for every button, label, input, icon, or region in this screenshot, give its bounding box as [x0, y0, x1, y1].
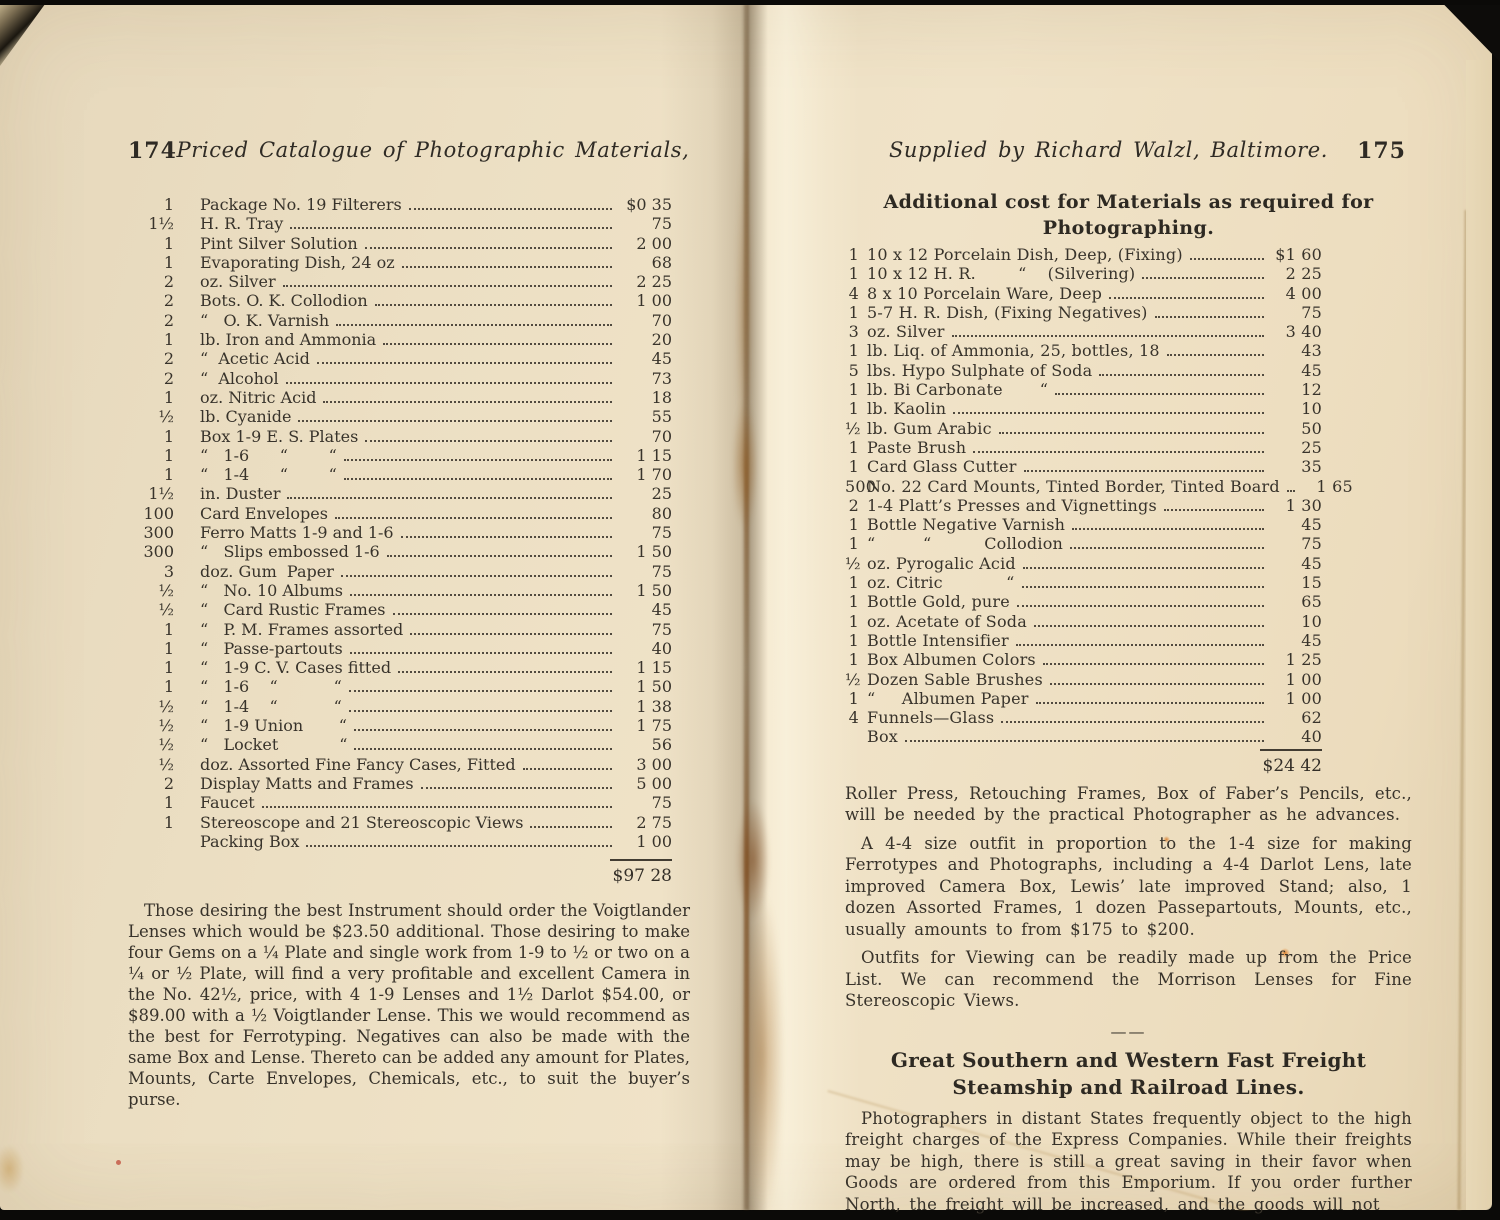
dot-leader: [349, 710, 612, 712]
item-quantity: 1: [845, 534, 859, 553]
item-quantity: 1: [845, 380, 859, 399]
total-rule: [610, 859, 672, 861]
dot-leader: [952, 335, 1264, 337]
item-quantity: 1: [128, 446, 174, 465]
item-name: 5-7 H. R. Dish, (Fixing Negatives): [867, 303, 1148, 322]
item-quantity: 1: [845, 399, 859, 418]
item-name: H. R. Tray: [200, 214, 283, 233]
catalog-row: ½oz. Pyrogalic Acid45: [845, 554, 1322, 573]
dot-leader: [393, 613, 613, 615]
catalog-row: 2“ Alcohol73: [128, 369, 672, 388]
item-quantity: 1: [845, 689, 859, 708]
item-quantity: 2: [128, 349, 174, 368]
catalog-row: ½“ No. 10 Albums1 50: [128, 581, 672, 600]
left-page: 174 Priced Catalogue of Photographic Mat…: [128, 138, 690, 1110]
catalog-row: 15-7 H. R. Dish, (Fixing Negatives)75: [845, 303, 1322, 322]
item-name: “ “ Collodion: [867, 534, 1063, 553]
dot-leader: [350, 652, 612, 654]
dot-leader: [953, 412, 1264, 414]
right-items: 110 x 12 Porcelain Dish, Deep, (Fixing)$…: [845, 245, 1322, 747]
item-price: 43: [1272, 341, 1322, 360]
item-name: “ Acetic Acid: [200, 349, 310, 368]
catalog-row: 1oz. Citric “15: [845, 573, 1322, 592]
item-quantity: 1: [845, 612, 859, 631]
item-name: No. 22 Card Mounts, Tinted Border, Tinte…: [867, 477, 1280, 496]
item-price: 1 00: [1272, 670, 1322, 689]
item-name: 1-4 Platt’s Presses and Vignettings: [867, 496, 1157, 515]
item-price: 65: [1272, 592, 1322, 611]
item-price: 45: [1272, 631, 1322, 650]
item-price: 2 00: [620, 234, 672, 253]
item-name: “ 1-6 “ “: [200, 446, 337, 465]
section-title: Additional cost for Materials as require…: [864, 189, 1394, 241]
dot-leader: [402, 266, 612, 268]
page-edge: [1466, 60, 1492, 1210]
dot-leader: [1155, 316, 1264, 318]
item-name: “ No. 10 Albums: [200, 581, 343, 600]
catalog-row: 2oz. Silver2 25: [128, 272, 672, 291]
item-quantity: 1: [845, 573, 859, 592]
item-quantity: 1: [845, 245, 859, 264]
item-price: 75: [620, 620, 672, 639]
dot-leader: [410, 633, 612, 635]
catalog-row: 1oz. Acetate of Soda10: [845, 612, 1322, 631]
item-name: 8 x 10 Porcelain Ware, Deep: [867, 284, 1102, 303]
item-quantity: 1: [128, 465, 174, 484]
dot-leader: [365, 440, 612, 442]
item-name: Funnels—Glass: [867, 708, 994, 727]
item-price: 15: [1272, 573, 1322, 592]
item-name: “ Alcohol: [200, 369, 279, 388]
item-name: “ Slips embossed 1-6: [200, 542, 380, 561]
item-quantity: 1: [845, 515, 859, 534]
item-quantity: 1: [128, 253, 174, 272]
item-price: 20: [620, 330, 672, 349]
item-quantity: 3: [845, 322, 859, 341]
item-name: Evaporating Dish, 24 oz: [200, 253, 395, 272]
item-quantity: 300: [128, 523, 174, 542]
catalog-row: 1lb. Iron and Ammonia20: [128, 330, 672, 349]
dot-leader: [905, 740, 1264, 742]
dot-leader: [262, 806, 612, 808]
item-quantity: 1: [128, 658, 174, 677]
dot-leader: [1099, 374, 1264, 376]
dot-leader: [317, 362, 612, 364]
item-quantity: 1: [128, 793, 174, 812]
item-name: Packing Box: [200, 832, 299, 851]
dot-leader: [1023, 567, 1264, 569]
catalog-row: 1Evaporating Dish, 24 oz68: [128, 253, 672, 272]
item-quantity: 2: [128, 272, 174, 291]
item-quantity: 1: [845, 341, 859, 360]
dot-leader: [1001, 721, 1264, 723]
item-quantity: ½: [128, 407, 174, 426]
item-price: 5 00: [620, 774, 672, 793]
item-name: “ 1-6 “ “: [200, 677, 342, 696]
item-quantity: 2: [128, 311, 174, 330]
catalog-row: 1½in. Duster25: [128, 484, 672, 503]
scan-border: [0, 0, 1500, 5]
catalog-row: ½“ Card Rustic Frames45: [128, 600, 672, 619]
item-name: oz. Silver: [200, 272, 276, 291]
item-quantity: 1: [128, 234, 174, 253]
dot-leader: [350, 594, 612, 596]
item-quantity: 300: [128, 542, 174, 561]
dot-leader: [344, 478, 612, 480]
running-head-right: Supplied by Richard Walzl, Baltimore. 17…: [845, 138, 1412, 168]
catalog-row: 2Bots. O. K. Collodion1 00: [128, 291, 672, 310]
item-quantity: 1: [128, 639, 174, 658]
item-price: 35: [1272, 457, 1322, 476]
item-name: Stereoscope and 21 Stereoscopic Views: [200, 813, 523, 832]
left-total-block: $97 28: [128, 859, 672, 886]
item-price: 75: [1272, 303, 1322, 322]
right-paragraph-3: Outfits for Viewing can be readily made …: [845, 947, 1412, 1012]
item-name: Box 1-9 E. S. Plates: [200, 427, 358, 446]
dot-leader: [354, 748, 612, 750]
item-quantity: 2: [128, 291, 174, 310]
dot-leader: [1070, 547, 1264, 549]
catalog-row: 300“ Slips embossed 1-61 50: [128, 542, 672, 561]
catalog-row: 1“ Passe-partouts40: [128, 639, 672, 658]
item-price: 10: [1272, 612, 1322, 631]
item-price: 68: [620, 253, 672, 272]
item-price: 62: [1272, 708, 1322, 727]
item-name: “ Card Rustic Frames: [200, 600, 386, 619]
catalog-row: 1“ Albumen Paper1 00: [845, 689, 1322, 708]
item-price: 75: [620, 214, 672, 233]
catalog-row: 300Ferro Matts 1-9 and 1-675: [128, 523, 672, 542]
dot-leader: [290, 227, 612, 229]
item-price: 75: [620, 523, 672, 542]
catalog-row: 1½H. R. Tray75: [128, 214, 672, 233]
item-name: lb. Bi Carbonate “: [867, 380, 1048, 399]
dot-leader: [1024, 470, 1264, 472]
catalog-row: 21-4 Platt’s Presses and Vignettings1 30: [845, 496, 1322, 515]
catalog-row: ½“ 1-4 “ “1 38: [128, 697, 672, 716]
catalog-row: 1Bottle Gold, pure65: [845, 592, 1322, 611]
item-price: 1 00: [620, 291, 672, 310]
catalog-row: 1“ “ Collodion75: [845, 534, 1322, 553]
item-name: Card Glass Cutter: [867, 457, 1017, 476]
right-total-amount: $24 42: [845, 756, 1322, 776]
running-head-left: 174 Priced Catalogue of Photographic Mat…: [128, 138, 690, 168]
catalog-row: ½lb. Gum Arabic50: [845, 419, 1322, 438]
item-name: Ferro Matts 1-9 and 1-6: [200, 523, 394, 542]
item-price: 45: [620, 349, 672, 368]
item-quantity: 5: [845, 361, 859, 380]
item-name: Pint Silver Solution: [200, 234, 358, 253]
item-quantity: 1: [845, 438, 859, 457]
dot-leader: [1022, 586, 1264, 588]
item-price: 12: [1272, 380, 1322, 399]
item-quantity: 1: [128, 195, 174, 214]
dot-leader: [1142, 277, 1264, 279]
item-quantity: 1: [128, 677, 174, 696]
dot-leader: [349, 690, 612, 692]
item-quantity: 1: [845, 264, 859, 283]
catalog-row: 4Funnels—Glass62: [845, 708, 1322, 727]
catalog-row: 3oz. Silver3 40: [845, 322, 1322, 341]
dot-leader: [336, 324, 612, 326]
item-price: 1 50: [620, 581, 672, 600]
item-quantity: 1½: [128, 214, 174, 233]
item-price: 56: [620, 735, 672, 754]
item-quantity: 500: [845, 477, 859, 496]
item-quantity: 2: [128, 369, 174, 388]
catalog-row: 110 x 12 Porcelain Dish, Deep, (Fixing)$…: [845, 245, 1322, 264]
item-price: 3 40: [1272, 322, 1322, 341]
item-quantity: 3: [128, 562, 174, 581]
item-name: lb. Liq. of Ammonia, 25, bottles, 18: [867, 341, 1160, 360]
catalog-row: 1Bottle Intensifier45: [845, 631, 1322, 650]
dot-leader: [306, 845, 612, 847]
item-name: oz. Citric “: [867, 573, 1015, 592]
item-price: 1 25: [1272, 650, 1322, 669]
catalog-row: 1Card Glass Cutter35: [845, 457, 1322, 476]
dot-leader: [523, 768, 612, 770]
item-price: 1 75: [620, 716, 672, 735]
item-name: Bots. O. K. Collodion: [200, 291, 368, 310]
catalog-row: 2“ Acetic Acid45: [128, 349, 672, 368]
item-price: 10: [1272, 399, 1322, 418]
item-price: 45: [1272, 515, 1322, 534]
item-price: $1 60: [1272, 245, 1322, 264]
item-name: “ 1-9 C. V. Cases fitted: [200, 658, 391, 677]
item-price: 45: [620, 600, 672, 619]
right-paragraph-2: A 4-4 size outfit in proportion to the 1…: [845, 833, 1412, 941]
item-name: oz. Pyrogalic Acid: [867, 554, 1016, 573]
catalog-row: ½“ Locket “56: [128, 735, 672, 754]
catalog-row: 110 x 12 H. R. “ (Silvering)2 25: [845, 264, 1322, 283]
dot-leader: [1017, 605, 1264, 607]
catalog-row: 1Bottle Negative Varnish45: [845, 515, 1322, 534]
dot-leader: [1050, 683, 1264, 685]
catalog-row: 1“ 1-6 “ “1 50: [128, 677, 672, 696]
section-divider: ——: [845, 1022, 1412, 1041]
item-price: 55: [620, 407, 672, 426]
dot-leader: [530, 826, 612, 828]
dot-leader: [341, 575, 612, 577]
item-name: Box: [867, 727, 898, 746]
catalog-row: 1Package No. 19 Filterers$0 35: [128, 195, 672, 214]
item-quantity: ½: [128, 755, 174, 774]
catalog-row: 1Box Albumen Colors1 25: [845, 650, 1322, 669]
item-name: “ Albumen Paper: [867, 689, 1029, 708]
right-paragraph-1: Roller Press, Retouching Frames, Box of …: [845, 783, 1412, 826]
item-price: 3 00: [620, 755, 672, 774]
item-quantity: ½: [845, 419, 859, 438]
dot-leader: [421, 787, 612, 789]
item-quantity: ½: [128, 600, 174, 619]
catalog-row: ½lb. Cyanide55: [128, 407, 672, 426]
item-quantity: ½: [845, 554, 859, 573]
item-quantity: 1: [845, 303, 859, 322]
item-price: 70: [620, 311, 672, 330]
dot-leader: [354, 729, 612, 731]
left-total-amount: $97 28: [128, 866, 672, 886]
item-name: lb. Cyanide: [200, 407, 291, 426]
item-quantity: 2: [845, 496, 859, 515]
item-price: 1 50: [620, 677, 672, 696]
item-name: Paste Brush: [867, 438, 966, 457]
item-quantity: ½: [845, 670, 859, 689]
catalog-row: 2“ O. K. Varnish70: [128, 311, 672, 330]
dot-leader: [375, 304, 612, 306]
item-name: Bottle Negative Varnish: [867, 515, 1065, 534]
catalog-row: 1lb. Liq. of Ammonia, 25, bottles, 1843: [845, 341, 1322, 360]
item-name: Faucet: [200, 793, 255, 812]
item-quantity: 4: [845, 708, 859, 727]
catalog-row: Box40: [845, 727, 1322, 746]
catalog-row: 1“ 1-9 C. V. Cases fitted1 15: [128, 658, 672, 677]
dot-leader: [1190, 258, 1264, 260]
item-quantity: ½: [128, 735, 174, 754]
item-price: 40: [620, 639, 672, 658]
item-name: “ P. M. Frames assorted: [200, 620, 403, 639]
catalog-row: 1“ 1-6 “ “1 15: [128, 446, 672, 465]
item-price: 1 38: [620, 697, 672, 716]
dot-leader: [973, 451, 1264, 453]
item-name: oz. Acetate of Soda: [867, 612, 1027, 631]
item-quantity: 1½: [128, 484, 174, 503]
item-price: 1 15: [620, 658, 672, 677]
dot-leader: [298, 420, 612, 422]
catalog-row: 1lb. Bi Carbonate “12: [845, 380, 1322, 399]
dot-leader: [1072, 528, 1264, 530]
dot-leader: [323, 401, 612, 403]
page-number-right: 175: [1357, 138, 1406, 164]
item-price: 75: [1272, 534, 1322, 553]
dot-leader: [344, 459, 612, 461]
item-name: lb. Iron and Ammonia: [200, 330, 376, 349]
item-price: 4 00: [1272, 284, 1322, 303]
item-price: 75: [620, 793, 672, 812]
catalog-row: 48 x 10 Porcelain Ware, Deep4 00: [845, 284, 1322, 303]
item-quantity: ½: [128, 697, 174, 716]
item-name: “ Locket “: [200, 735, 347, 754]
dot-leader: [287, 497, 612, 499]
catalog-row: 1Faucet75: [128, 793, 672, 812]
item-name: “ Passe-partouts: [200, 639, 343, 658]
item-name: lbs. Hypo Sulphate of Soda: [867, 361, 1092, 380]
item-quantity: ½: [128, 581, 174, 600]
item-quantity: 1: [128, 388, 174, 407]
dot-leader: [398, 671, 612, 673]
item-quantity: 2: [128, 774, 174, 793]
dot-leader: [383, 343, 612, 345]
item-price: 40: [1272, 727, 1322, 746]
item-quantity: 1: [128, 427, 174, 446]
catalog-row: 3doz. Gum Paper75: [128, 562, 672, 581]
left-footer-paragraph: Those desiring the best Instrument shoul…: [128, 900, 690, 1110]
catalog-row: 1Box 1-9 E. S. Plates70: [128, 427, 672, 446]
item-price: 1 65: [1303, 477, 1353, 496]
item-name: “ O. K. Varnish: [200, 311, 329, 330]
total-rule: [1260, 749, 1322, 751]
catalog-row: ½Dozen Sable Brushes1 00: [845, 670, 1322, 689]
dot-leader: [1287, 490, 1295, 492]
item-name: Bottle Gold, pure: [867, 592, 1010, 611]
dot-leader: [286, 382, 612, 384]
catalog-row: 1“ P. M. Frames assorted75: [128, 620, 672, 639]
item-price: 50: [1272, 419, 1322, 438]
item-name: lb. Kaolin: [867, 399, 946, 418]
item-price: 1 30: [1272, 496, 1322, 515]
running-head-title-left: Priced Catalogue of Photographic Materia…: [128, 138, 690, 162]
catalog-row: 1Paste Brush25: [845, 438, 1322, 457]
catalog-row: 1Pint Silver Solution2 00: [128, 234, 672, 253]
item-name: Dozen Sable Brushes: [867, 670, 1043, 689]
dot-leader: [1055, 393, 1264, 395]
dot-leader: [1036, 702, 1264, 704]
catalog-row: 1Stereoscope and 21 Stereoscopic Views2 …: [128, 813, 672, 832]
dot-leader: [1164, 509, 1264, 511]
item-price: 45: [1272, 361, 1322, 380]
catalog-row: 1“ 1-4 “ “1 70: [128, 465, 672, 484]
item-name: oz. Nitric Acid: [200, 388, 316, 407]
item-quantity: 1: [128, 620, 174, 639]
freight-heading: Great Southern and Western Fast Freight …: [845, 1047, 1412, 1101]
item-quantity: 4: [845, 284, 859, 303]
item-price: 1 00: [620, 832, 672, 851]
dot-leader: [1109, 297, 1264, 299]
dot-leader: [283, 285, 612, 287]
item-price: 25: [620, 484, 672, 503]
item-price: 1 70: [620, 465, 672, 484]
catalog-row: 500No. 22 Card Mounts, Tinted Border, Ti…: [845, 477, 1322, 496]
dot-leader: [1034, 625, 1264, 627]
item-price: 25: [1272, 438, 1322, 457]
item-quantity: 100: [128, 504, 174, 523]
item-name: Bottle Intensifier: [867, 631, 1009, 650]
item-name: Display Matts and Frames: [200, 774, 414, 793]
item-price: 80: [620, 504, 672, 523]
item-name: Package No. 19 Filterers: [200, 195, 402, 214]
item-price: 2 25: [1272, 264, 1322, 283]
item-name: Card Envelopes: [200, 504, 328, 523]
item-quantity: ½: [128, 716, 174, 735]
item-quantity: 1: [128, 813, 174, 832]
catalog-row: ½“ 1-9 Union “1 75: [128, 716, 672, 735]
dot-leader: [1016, 644, 1264, 646]
catalog-row: 2Display Matts and Frames5 00: [128, 774, 672, 793]
running-head-title-right: Supplied by Richard Walzl, Baltimore.: [845, 138, 1412, 162]
item-name: doz. Assorted Fine Fancy Cases, Fitted: [200, 755, 516, 774]
closing-paragraph: Photographers in distant States frequent…: [845, 1108, 1412, 1216]
gutter-crease: [744, 4, 749, 1210]
book-scan: 174 Priced Catalogue of Photographic Mat…: [0, 0, 1500, 1220]
dot-leader: [1167, 354, 1264, 356]
item-name: “ 1-4 “ “: [200, 697, 342, 716]
item-price: 1 00: [1272, 689, 1322, 708]
item-price: 1 15: [620, 446, 672, 465]
catalog-row: 1oz. Nitric Acid18: [128, 388, 672, 407]
item-quantity: 1: [845, 650, 859, 669]
item-quantity: 1: [845, 631, 859, 650]
catalog-row: ½doz. Assorted Fine Fancy Cases, Fitted3…: [128, 755, 672, 774]
right-page: Supplied by Richard Walzl, Baltimore. 17…: [845, 138, 1412, 1215]
item-name: 10 x 12 Porcelain Dish, Deep, (Fixing): [867, 245, 1183, 264]
item-price: 1 50: [620, 542, 672, 561]
item-price: 18: [620, 388, 672, 407]
item-name: “ 1-9 Union “: [200, 716, 347, 735]
book-gutter: [660, 4, 860, 1210]
item-name: lb. Gum Arabic: [867, 419, 992, 438]
right-total-block: $24 42: [845, 749, 1322, 776]
page-number-left: 174: [128, 138, 177, 164]
dot-leader: [365, 247, 612, 249]
